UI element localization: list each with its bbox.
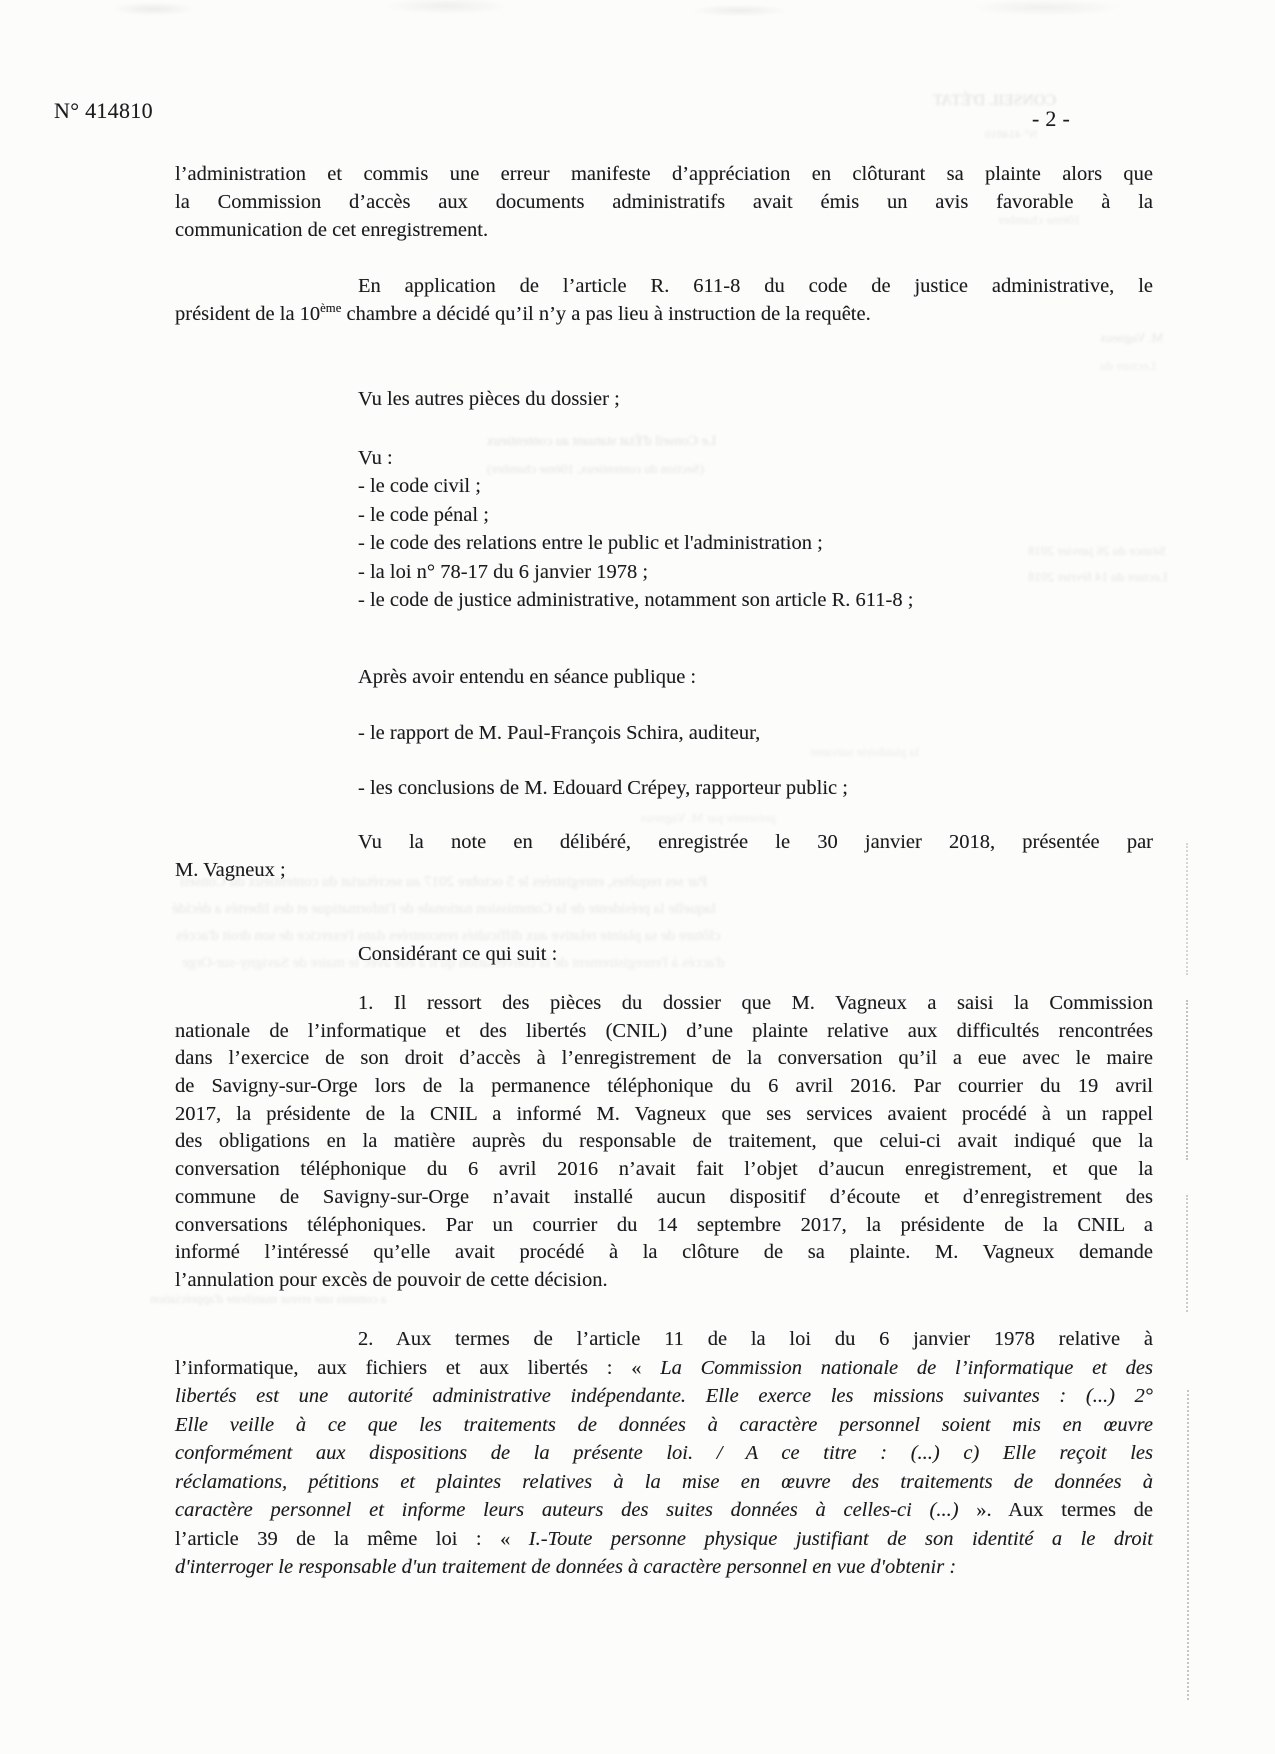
text-segment: l’informatique, aux fichiers et aux libe…: [175, 1357, 660, 1379]
text-line: conversation téléphonique du 6 avril 201…: [175, 1156, 1153, 1184]
text-segment: - la loi n° 78-17 du 6 janvier 1978 ;: [358, 561, 648, 583]
text-line: des obligations en la matière auprès du …: [175, 1128, 1153, 1156]
text-segment: - le rapport de M. Paul-François Schira,…: [358, 722, 760, 744]
text-segment: l’article 39 de la même loi : «: [175, 1528, 529, 1550]
text-line: M. Vagneux ;: [175, 856, 1153, 884]
text-segment: président de la 10: [175, 303, 320, 325]
text-line: l’article 39 de la même loi : « I.-Toute…: [175, 1525, 1153, 1554]
text-line: Vu :: [175, 444, 1153, 472]
text-segment: l’administration et commis une erreur ma…: [175, 163, 1153, 185]
text-line: communication de cet enregistrement.: [175, 216, 1153, 244]
text-segment: chambre a décidé qu’il n’y a pas lieu à …: [341, 303, 870, 325]
point-2: 2. Aux termes de l’article 11 de la loi …: [175, 1325, 1153, 1582]
text-line: Vu la note en délibéré, enregistrée le 3…: [175, 828, 1153, 856]
text-segment: En application de l’article R. 611-8 du …: [358, 275, 1153, 297]
text-segment: - le code des relations entre le public …: [358, 532, 823, 554]
rapport-auditeur: - le rapport de M. Paul-François Schira,…: [175, 719, 1153, 747]
scanned-document-page: N° 414810 - 2 - l’administration et comm…: [0, 0, 1275, 1754]
text-segment: Vu la note en délibéré, enregistrée le 3…: [358, 831, 1153, 853]
text-segment: informé l’intéressé qu’elle avait procéd…: [175, 1241, 1153, 1263]
text-segment: - le code pénal ;: [358, 504, 489, 526]
text-segment: Après avoir entendu en séance publique :: [358, 666, 696, 688]
para-intro-continuation: l’administration et commis une erreur ma…: [175, 160, 1153, 244]
text-segment: réclamations, pétitions et plaintes rela…: [175, 1471, 1153, 1493]
text-segment: conversation téléphonique du 6 avril 201…: [175, 1158, 1153, 1180]
text-segment: caractère personnel et informe leurs aut…: [175, 1499, 976, 1521]
text-segment: 2. Aux termes de l’article 11 de la loi …: [358, 1328, 1153, 1350]
text-segment: communication de cet enregistrement.: [175, 219, 488, 241]
text-line: 2. Aux termes de l’article 11 de la loi …: [175, 1325, 1153, 1354]
text-segment: l’annulation pour excès de pouvoir de ce…: [175, 1269, 608, 1291]
text-segment: 1. Il ressort des pièces du dossier que …: [358, 992, 1153, 1014]
text-segment: M. Vagneux ;: [175, 859, 286, 881]
text-segment: Vu les autres pièces du dossier ;: [358, 388, 620, 410]
text-line: Considérant ce qui suit :: [175, 940, 1153, 968]
text-line: l’informatique, aux fichiers et aux libe…: [175, 1354, 1153, 1383]
text-segment: Vu :: [358, 447, 393, 469]
text-line: Après avoir entendu en séance publique :: [175, 663, 1153, 691]
text-line: - le code civil ;: [175, 472, 1153, 501]
text-segment: Elle veille à ce que les traitements de …: [175, 1414, 1153, 1436]
document-body: l’administration et commis une erreur ma…: [0, 0, 1275, 1754]
conclusions-rapporteur: - les conclusions de M. Edouard Crépey, …: [175, 774, 1153, 802]
seance-publique: Après avoir entendu en séance publique :: [175, 663, 1153, 691]
text-segment: 2017, la présidente de la CNIL a informé…: [175, 1103, 1153, 1125]
text-segment: la Commission d’accès aux documents admi…: [175, 191, 1153, 213]
text-segment: I.-Toute personne physique justifiant de…: [529, 1528, 1153, 1550]
text-line: conversations téléphoniques. Par un cour…: [175, 1212, 1153, 1240]
text-line: - les conclusions de M. Edouard Crépey, …: [175, 774, 1153, 802]
text-line: 1. Il ressort des pièces du dossier que …: [175, 990, 1153, 1018]
text-segment: dans l’exercice de son droit d’accès à l…: [175, 1047, 1153, 1069]
text-line: - le code des relations entre le public …: [175, 529, 1153, 558]
text-segment: - les conclusions de M. Edouard Crépey, …: [358, 777, 848, 799]
text-line: l’administration et commis une erreur ma…: [175, 160, 1153, 188]
text-segment: conformément aux dispositions de la prés…: [175, 1442, 1153, 1464]
text-line: de Savigny-sur-Orge lors de la permanenc…: [175, 1073, 1153, 1101]
considerant: Considérant ce qui suit :: [175, 940, 1153, 968]
text-line: 2017, la présidente de la CNIL a informé…: [175, 1101, 1153, 1129]
text-line: conformément aux dispositions de la prés…: [175, 1439, 1153, 1468]
visa-autres-pieces: Vu les autres pièces du dossier ;: [175, 385, 1153, 413]
text-line: Elle veille à ce que les traitements de …: [175, 1411, 1153, 1440]
text-line: - le code pénal ;: [175, 501, 1153, 530]
text-line: président de la 10ème chambre a décidé q…: [175, 300, 1153, 328]
text-segment: d'interroger le responsable d'un traitem…: [175, 1556, 956, 1578]
point-1: 1. Il ressort des pièces du dossier que …: [175, 990, 1153, 1295]
text-segment: ème: [320, 301, 341, 315]
text-line: libertés est une autorité administrative…: [175, 1382, 1153, 1411]
text-segment: ». Aux termes de: [976, 1499, 1153, 1521]
text-line: l’annulation pour excès de pouvoir de ce…: [175, 1267, 1153, 1295]
text-segment: de Savigny-sur-Orge lors de la permanenc…: [175, 1075, 1153, 1097]
text-line: En application de l’article R. 611-8 du …: [175, 272, 1153, 300]
text-line: commune de Savigny-sur-Orge n’avait inst…: [175, 1184, 1153, 1212]
text-line: - le code de justice administrative, not…: [175, 586, 1153, 615]
text-segment: libertés est une autorité administrative…: [175, 1385, 1153, 1407]
text-line: - la loi n° 78-17 du 6 janvier 1978 ;: [175, 558, 1153, 587]
text-segment: conversations téléphoniques. Par un cour…: [175, 1214, 1153, 1236]
text-line: dans l’exercice de son droit d’accès à l…: [175, 1045, 1153, 1073]
text-segment: nationale de l’informatique et des liber…: [175, 1020, 1153, 1042]
text-segment: des obligations en la matière auprès du …: [175, 1130, 1153, 1152]
text-line: caractère personnel et informe leurs aut…: [175, 1496, 1153, 1525]
text-segment: - le code civil ;: [358, 475, 481, 497]
text-line: d'interroger le responsable d'un traitem…: [175, 1553, 1153, 1582]
text-segment: commune de Savigny-sur-Orge n’avait inst…: [175, 1186, 1153, 1208]
visa-liste-codes: - le code civil ;- le code pénal ;- le c…: [175, 472, 1153, 615]
text-segment: - le code de justice administrative, not…: [358, 589, 913, 611]
para-application-r611-8: En application de l’article R. 611-8 du …: [175, 272, 1153, 328]
text-line: informé l’intéressé qu’elle avait procéd…: [175, 1239, 1153, 1267]
text-line: la Commission d’accès aux documents admi…: [175, 188, 1153, 216]
text-segment: La Commission nationale de l’informatiqu…: [660, 1357, 1153, 1379]
note-en-delibere: Vu la note en délibéré, enregistrée le 3…: [175, 828, 1153, 884]
text-line: nationale de l’informatique et des liber…: [175, 1018, 1153, 1046]
text-line: Vu les autres pièces du dossier ;: [175, 385, 1153, 413]
text-line: réclamations, pétitions et plaintes rela…: [175, 1468, 1153, 1497]
text-line: - le rapport de M. Paul-François Schira,…: [175, 719, 1153, 747]
visa-vu: Vu :: [175, 444, 1153, 472]
text-segment: Considérant ce qui suit :: [358, 943, 557, 965]
